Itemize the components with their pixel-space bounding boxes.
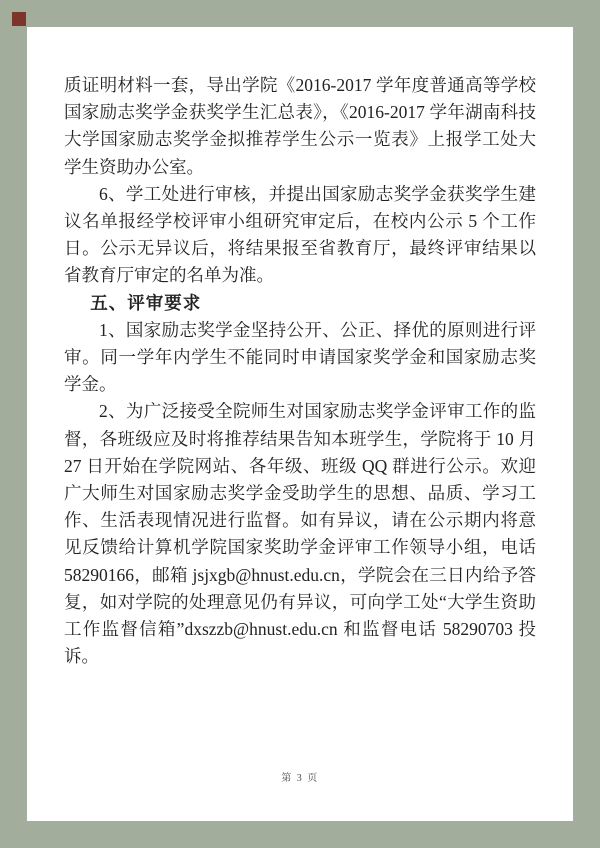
section-heading: 五、评审要求 (64, 290, 536, 317)
document-body: 质证明材料一套，导出学院《2016-2017 学年度普通高等学校国家励志奖学金获… (64, 72, 536, 670)
page-number: 第 3 页 (0, 769, 600, 784)
document-page: 质证明材料一套，导出学院《2016-2017 学年度普通高等学校国家励志奖学金获… (0, 0, 600, 848)
paragraph: 2、为广泛接受全院师生对国家励志奖学金评审工作的监督，各班级应及时将推荐结果告知… (64, 398, 536, 670)
paragraph: 6、学工处进行审核，并提出国家励志奖学金获奖学生建议名单报经学校评审小组研究审定… (64, 181, 536, 290)
paragraph: 1、国家励志奖学金坚持公开、公正、择优的原则进行评审。同一学年内学生不能同时申请… (64, 317, 536, 399)
corner-mark (12, 12, 26, 26)
paragraph: 质证明材料一套，导出学院《2016-2017 学年度普通高等学校国家励志奖学金获… (64, 72, 536, 181)
